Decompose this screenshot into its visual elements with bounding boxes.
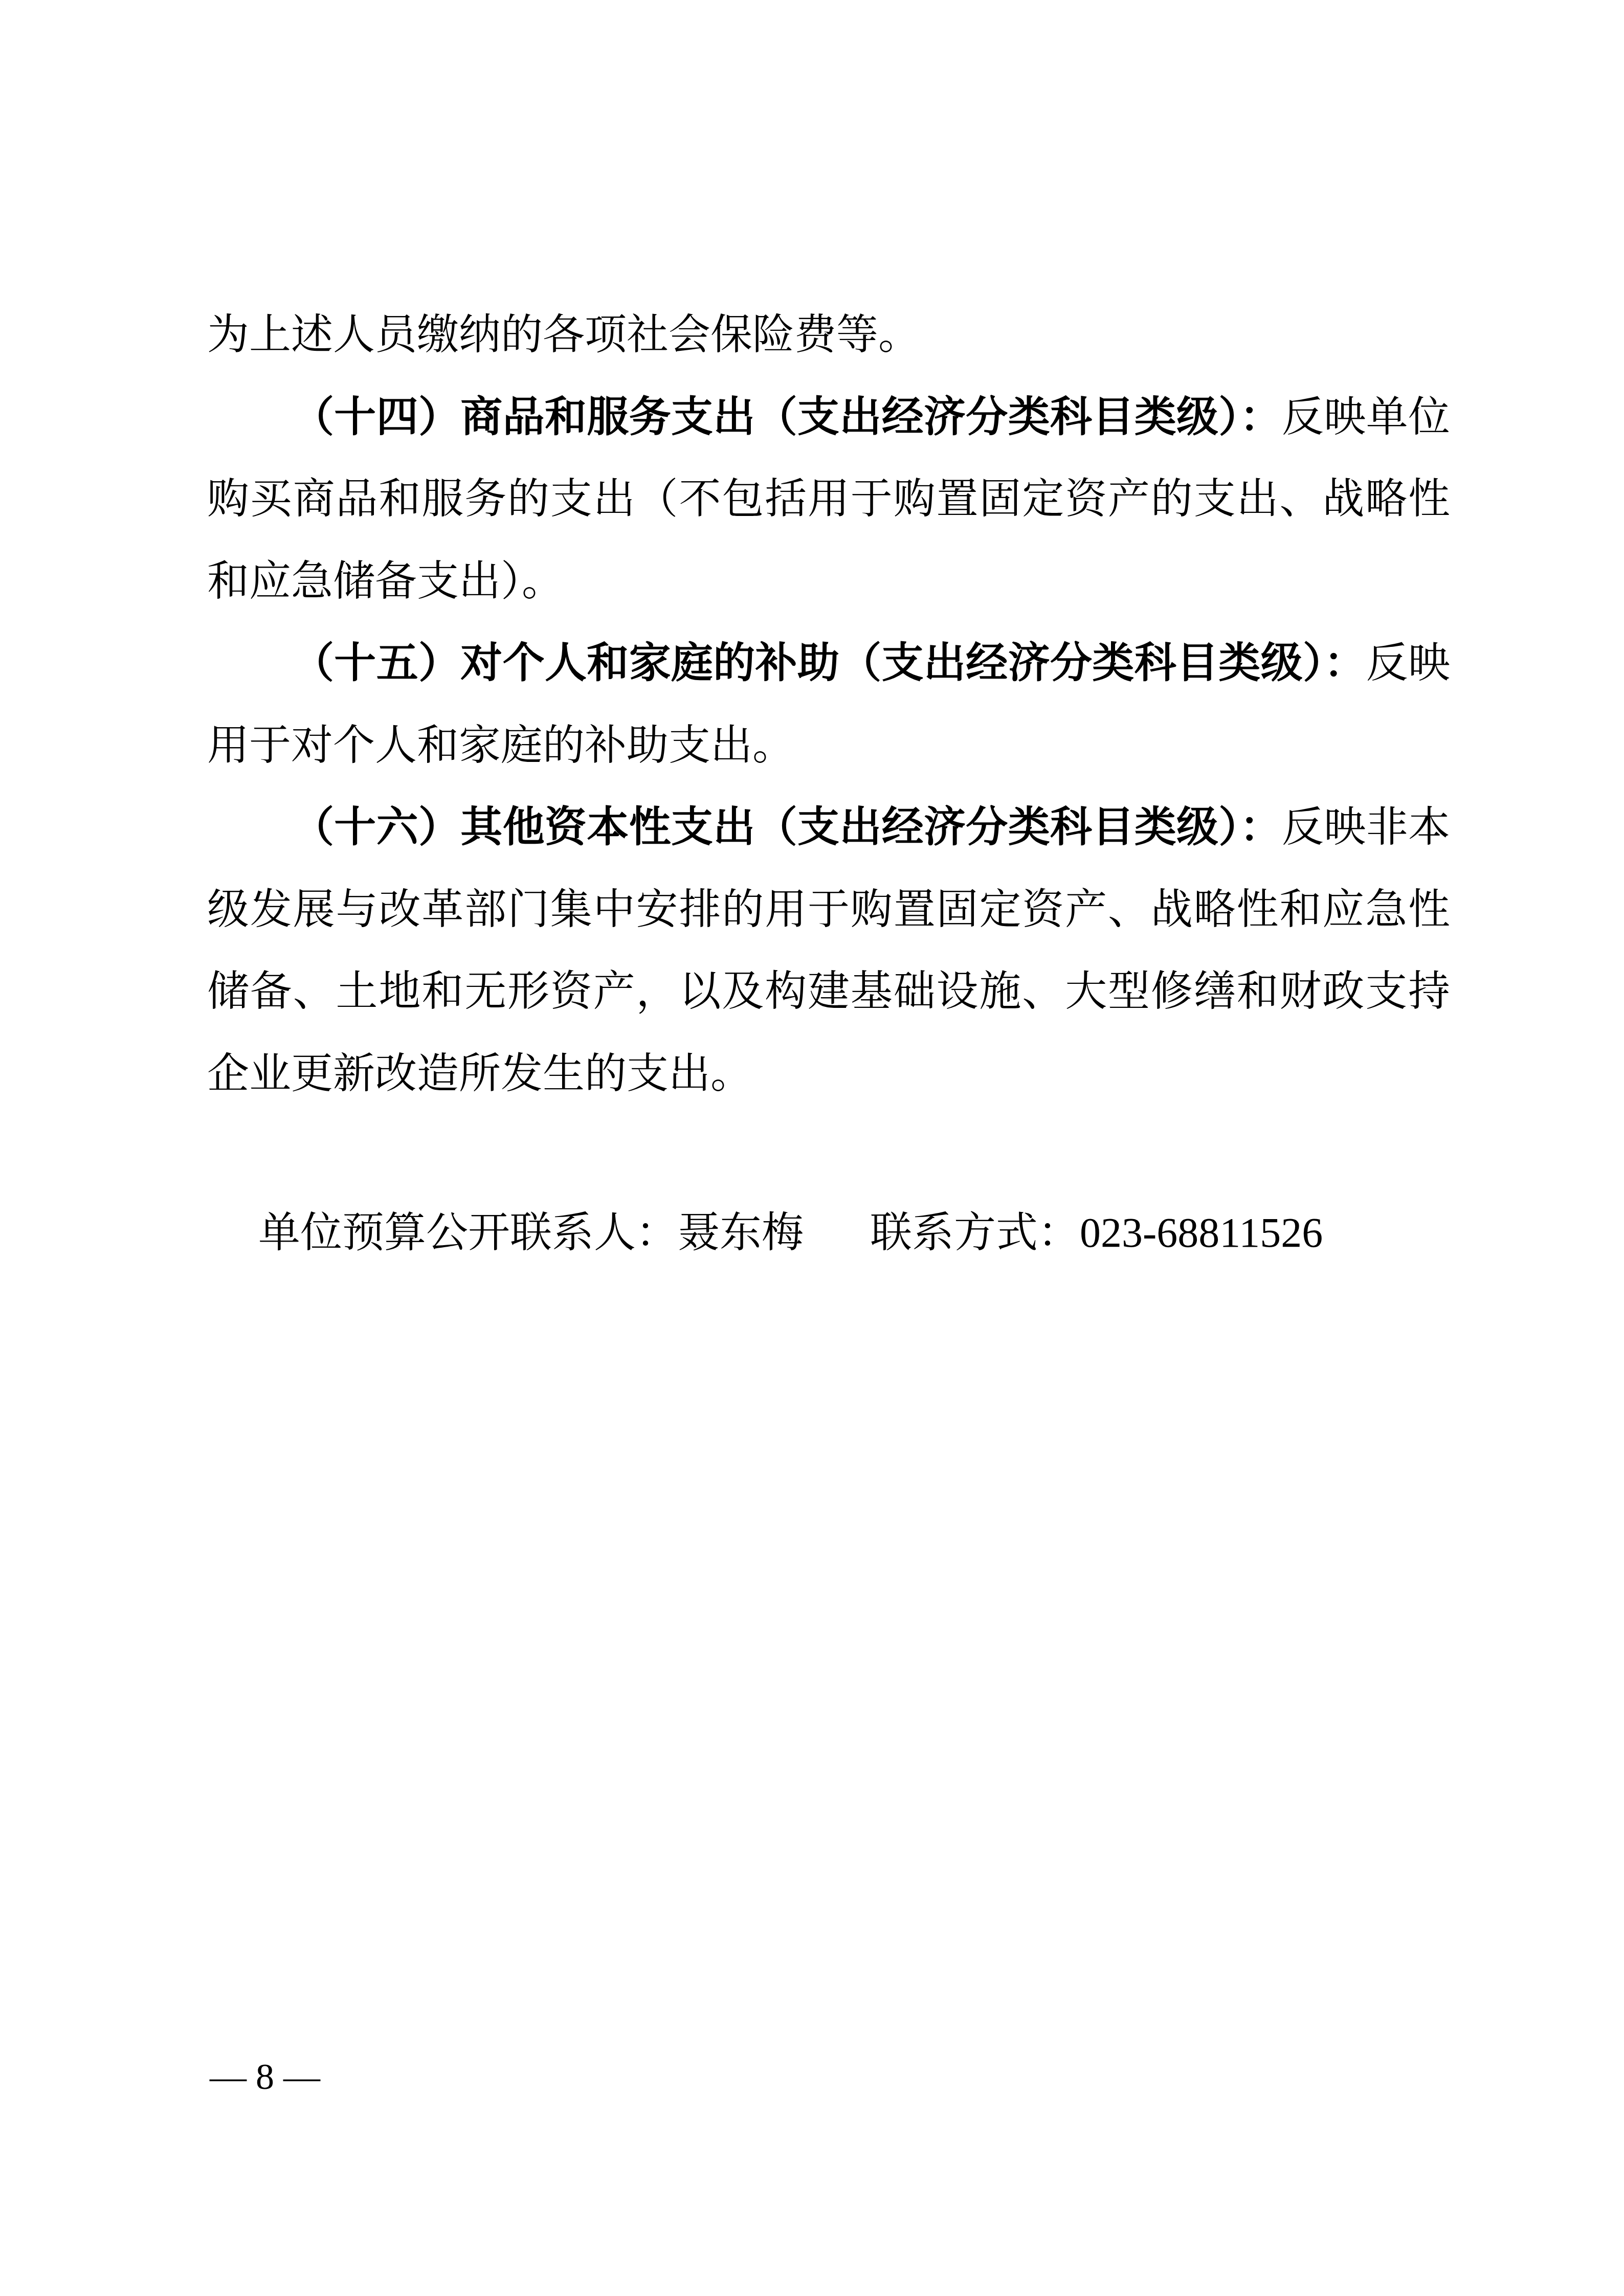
contact-person-label: 单位预算公开联系人： — [258, 1209, 678, 1256]
paragraph-item-16: （十六）其他资本性支出（支出经济分类科目类级）：反映非本级发展与改革部门集中安排… — [207, 786, 1450, 1115]
section-heading-15: （十五）对个人和家庭的补助（支出经济分类科目类级）： — [292, 640, 1366, 686]
paragraph-item-14: （十四）商品和服务支出（支出经济分类科目类级）：反映单位购买商品和服务的支出（不… — [207, 376, 1450, 623]
document-page: 为上述人员缴纳的各项社会保险费等。 （十四）商品和服务支出（支出经济分类科目类级… — [0, 0, 1624, 2296]
page-number: — 8 — — [210, 2054, 320, 2100]
contact-phone-number: 023-68811526 — [1080, 1209, 1323, 1256]
section-heading-14: （十四）商品和服务支出（支出经济分类科目类级）： — [292, 394, 1282, 440]
contact-method-label: 联系方式： — [870, 1209, 1080, 1256]
contact-person-name: 聂东梅 — [678, 1209, 804, 1256]
section-heading-16: （十六）其他资本性支出（支出经济分类科目类级）： — [292, 804, 1282, 850]
paragraph-text: 为上述人员缴纳的各项社会保险费等。 — [207, 311, 920, 358]
paragraph-item-15: （十五）对个人和家庭的补助（支出经济分类科目类级）：反映用于对个人和家庭的补助支… — [207, 622, 1450, 786]
paragraph-continuation: 为上述人员缴纳的各项社会保险费等。 — [207, 294, 1450, 376]
contact-line: 单位预算公开联系人：聂东梅联系方式：023-68811526 — [207, 1192, 1450, 1274]
document-body: 为上述人员缴纳的各项社会保险费等。 （十四）商品和服务支出（支出经济分类科目类级… — [207, 294, 1450, 1274]
